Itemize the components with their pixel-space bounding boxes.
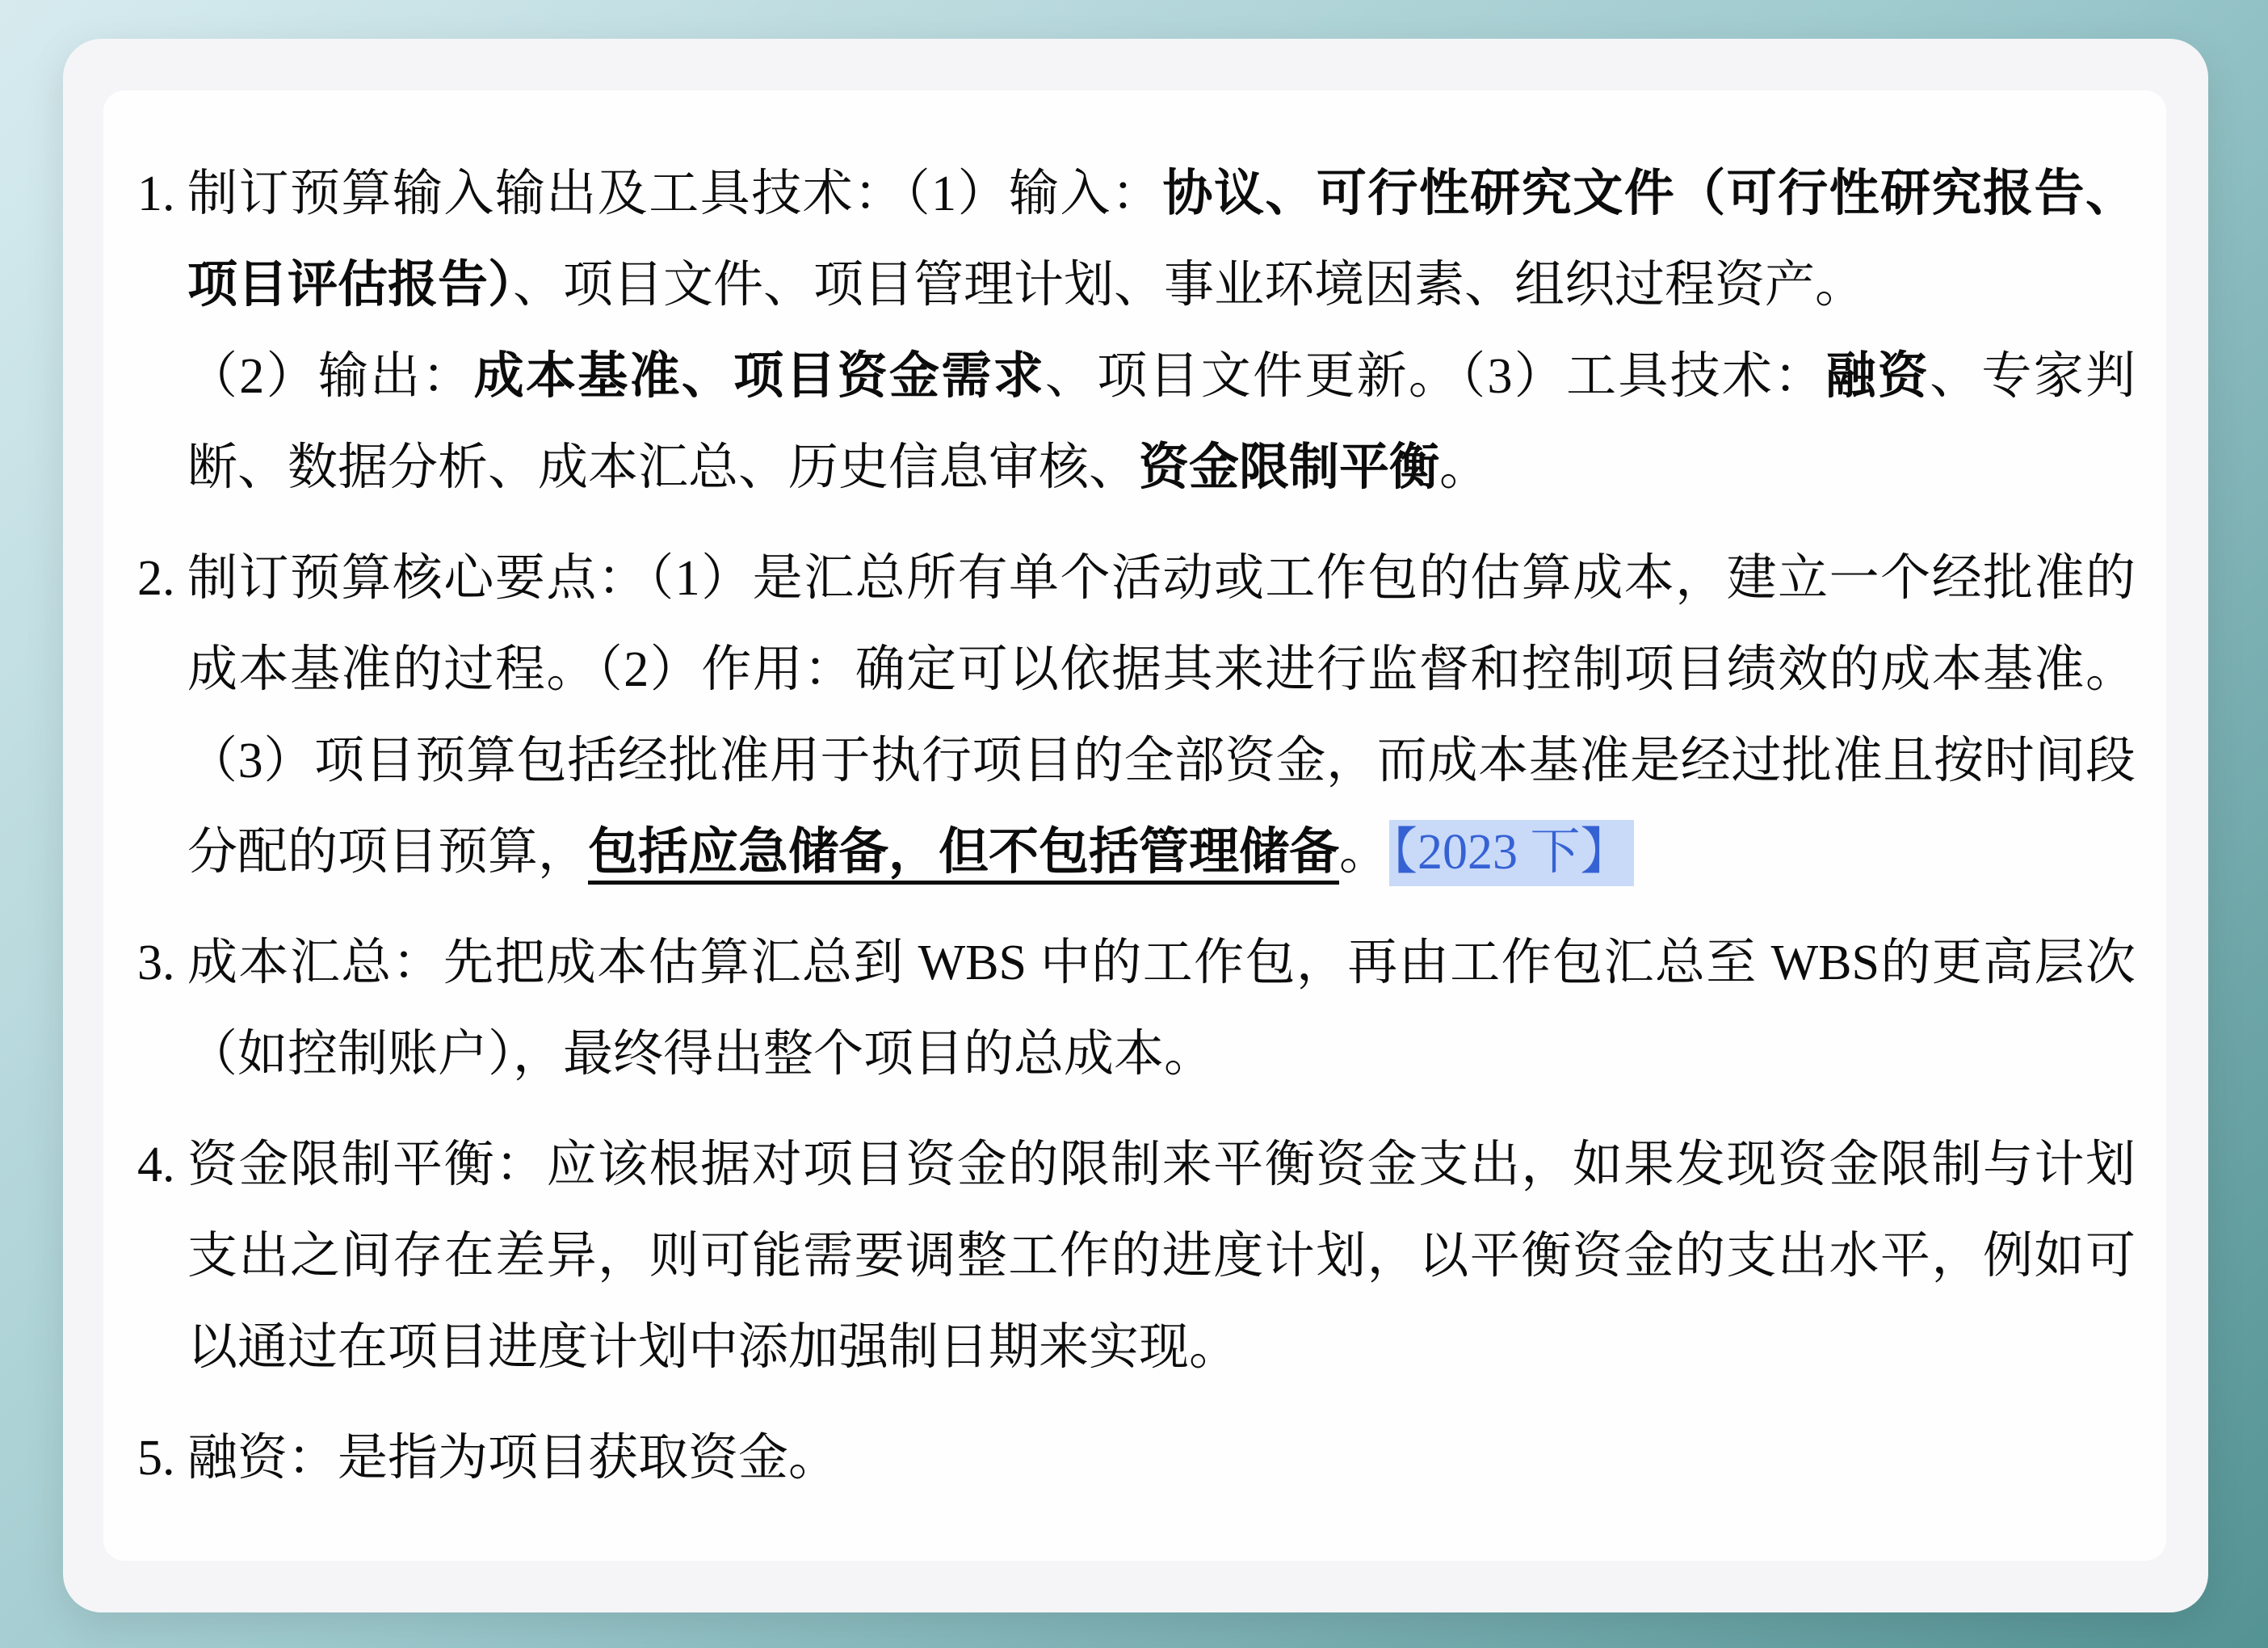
item-number: 1. (137, 149, 187, 240)
text-run: 资金限制平衡 (1139, 440, 1439, 495)
text-run: 成本基准、项目资金需求 (474, 349, 1045, 404)
text-run: 成本汇总：先把成本估算汇总到 WBS 中的工作包，再由工作包汇总至 WBS的更高… (187, 935, 2136, 1082)
text-run: 融资：是指为项目获取资金。 (187, 1431, 838, 1486)
notes-list: 1.制订预算输入输出及工具技术：（1）输入：协议、可行性研究文件（可行性研究报告… (137, 149, 2136, 1504)
list-item: 5.融资：是指为项目获取资金。 (137, 1413, 2136, 1504)
item-text: 资金限制平衡：应该根据对项目资金的限制来平衡资金支出，如果发现资金限制与计划支出… (187, 1120, 2136, 1394)
list-item: 2.制订预算核心要点：（1）是汇总所有单个活动或工作包的估算成本，建立一个经批准… (137, 533, 2136, 898)
item-text: 成本汇总：先把成本估算汇总到 WBS 中的工作包，再由工作包汇总至 WBS的更高… (187, 918, 2136, 1100)
text-run: 包括应急储备，但不包括管理储备 (588, 825, 1339, 885)
note-card-outer: 1.制订预算输入输出及工具技术：（1）输入：协议、可行性研究文件（可行性研究报告… (63, 39, 2208, 1612)
item-number: 5. (137, 1413, 187, 1504)
note-card: 1.制订预算输入输出及工具技术：（1）输入：协议、可行性研究文件（可行性研究报告… (103, 90, 2166, 1561)
item-number: 3. (137, 918, 187, 1009)
text-run: 、项目文件、项目管理计划、事业环境因素、组织过程资产。 (513, 258, 1865, 313)
text-run: 资金限制平衡：应该根据对项目资金的限制来平衡资金支出，如果发现资金限制与计划支出… (187, 1137, 2136, 1375)
list-item: 3.成本汇总：先把成本估算汇总到 WBS 中的工作包，再由工作包汇总至 WBS的… (137, 918, 2136, 1100)
text-run: 融资 (1826, 349, 1930, 404)
item-text: 融资：是指为项目获取资金。 (187, 1413, 2136, 1504)
text-run: 、项目文件更新。（3）工具技术： (1045, 349, 1826, 404)
exam-year-highlight: 【2023 下】 (1389, 820, 1634, 886)
list-item: 1.制订预算输入输出及工具技术：（1）输入：协议、可行性研究文件（可行性研究报告… (137, 149, 2136, 514)
text-run: 。 (1439, 440, 1489, 495)
text-run: 。 (1339, 825, 1389, 880)
item-text: 制订预算输入输出及工具技术：（1）输入：协议、可行性研究文件（可行性研究报告、项… (187, 149, 2136, 514)
item-text: 制订预算核心要点：（1）是汇总所有单个活动或工作包的估算成本，建立一个经批准的成… (187, 533, 2136, 898)
item-number: 4. (137, 1120, 187, 1211)
item-number: 2. (137, 533, 187, 624)
text-run: （2）输出： (187, 349, 474, 404)
list-item: 4.资金限制平衡：应该根据对项目资金的限制来平衡资金支出，如果发现资金限制与计划… (137, 1120, 2136, 1394)
text-run: 制订预算输入输出及工具技术：（1）输入： (187, 166, 1162, 221)
